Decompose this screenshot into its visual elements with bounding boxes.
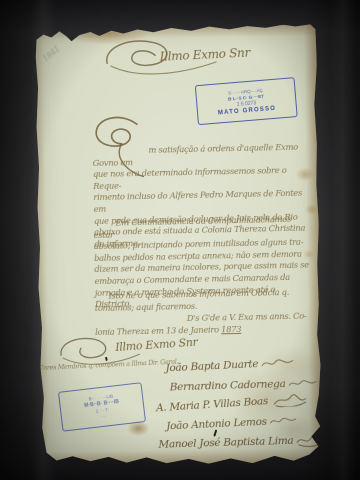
signature-rubric [287,377,317,390]
signature-rubric [270,391,311,408]
salutation-top: Illmo Exmo Snr [159,46,250,64]
signature-name: João Bapta Duarte [165,358,258,374]
signature: A. Maria P. Villas Boas [156,391,311,415]
signature-rubric [268,414,297,427]
date-year: 1873 [221,323,241,333]
signature: João Bapta Duarte [165,355,294,375]
archive-stamp-top: S·· ··· ARQ····AÇ B·L··S C· G····ET 1 6 … [195,77,298,125]
signature-rubric [260,355,295,371]
manuscript-page: 1841 Illmo Exmo Snr S·· ··· ARQ····AÇ B·… [33,24,321,465]
signature-name: Bernardino Cadornega [170,378,286,393]
body-paragraph-3: Isto he o que sabemos informar em Obdcia… [94,286,312,314]
photo-light-streak [330,0,356,480]
archive-stamp-bottom: B··· ·· ···LIB M·B··B· B····IB 1 · · 7· … [58,382,146,432]
photograph-of-manuscript: { "photo": { "background_color": "#33333… [0,0,360,480]
signature-rubric [295,433,329,448]
signature: Bernardino Cadornega [170,377,318,393]
signature: João Antonio Lemos [166,414,297,432]
pencil-mark: 1841 [41,45,62,64]
signature: Manoel José Baptista Lima [158,433,329,452]
signature-name: A. Maria P. Villas Boas [156,395,269,414]
signature-name: Manoel José Baptista Lima [158,435,293,451]
